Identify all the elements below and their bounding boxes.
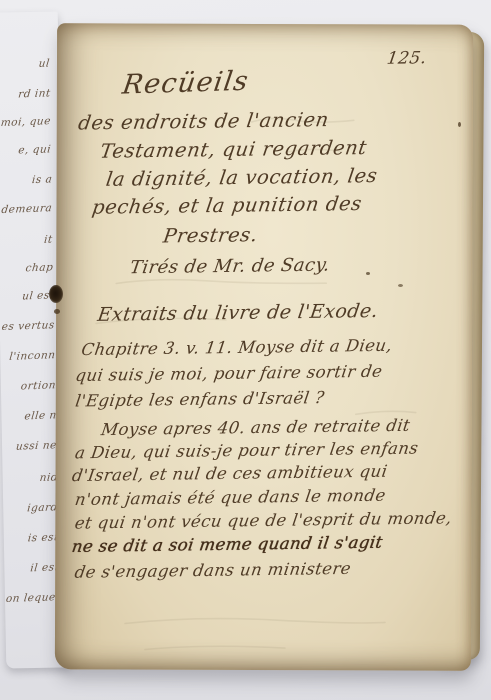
previous-page-fragment: elle n: [24, 409, 58, 422]
page-number: 125.: [386, 48, 428, 69]
previous-page-fragment: rd int: [17, 87, 51, 100]
subtitle-line: la dignité, la vocation, les: [105, 164, 380, 191]
previous-page-fragment: is a: [31, 173, 53, 186]
previous-page-fragment: it: [44, 233, 54, 245]
previous-page-fragment: chap: [25, 261, 54, 274]
subtitle-line: pechés, et la punition des: [90, 192, 363, 219]
manuscript-page: 125. Recüeils des endroits de l'ancien T…: [55, 23, 473, 670]
body-line: l'Egipte les enfans d'Israël ?: [74, 388, 326, 410]
previous-page-fragment: ul: [38, 57, 50, 69]
ink-speck: [458, 122, 461, 127]
previous-page-fragment: demeura: [1, 202, 53, 216]
previous-page-fragment: moi, que: [0, 115, 51, 129]
previous-page-fragment: es vertus: [1, 319, 55, 333]
body-line: de s'engager dans un ministere: [73, 559, 352, 582]
previous-page-fragment: ortion: [20, 379, 56, 392]
ink-speck: [366, 272, 370, 275]
section-heading: Extraits du livre de l'Exode.: [96, 300, 380, 326]
previous-page-fragment: on lequel: [6, 591, 61, 605]
ink-blot: [49, 285, 63, 303]
previous-page-fragment: l'inconn: [9, 349, 56, 363]
previous-page-fragment: ussi ne: [16, 439, 58, 453]
ink-speck: [54, 309, 60, 314]
page-title: Recüeils: [120, 66, 251, 101]
attribution-line: Tirés de Mr. de Sacy.: [128, 254, 331, 278]
subtitle-line: Testament, qui regardent: [99, 136, 369, 163]
subtitle-line: Prestres.: [162, 223, 260, 247]
previous-page-fragment: e, qui: [18, 143, 52, 156]
subtitle-line: des endroits de l'ancien: [77, 108, 331, 134]
ink-speck: [398, 284, 403, 287]
previous-page-fragment: igard: [27, 501, 59, 514]
